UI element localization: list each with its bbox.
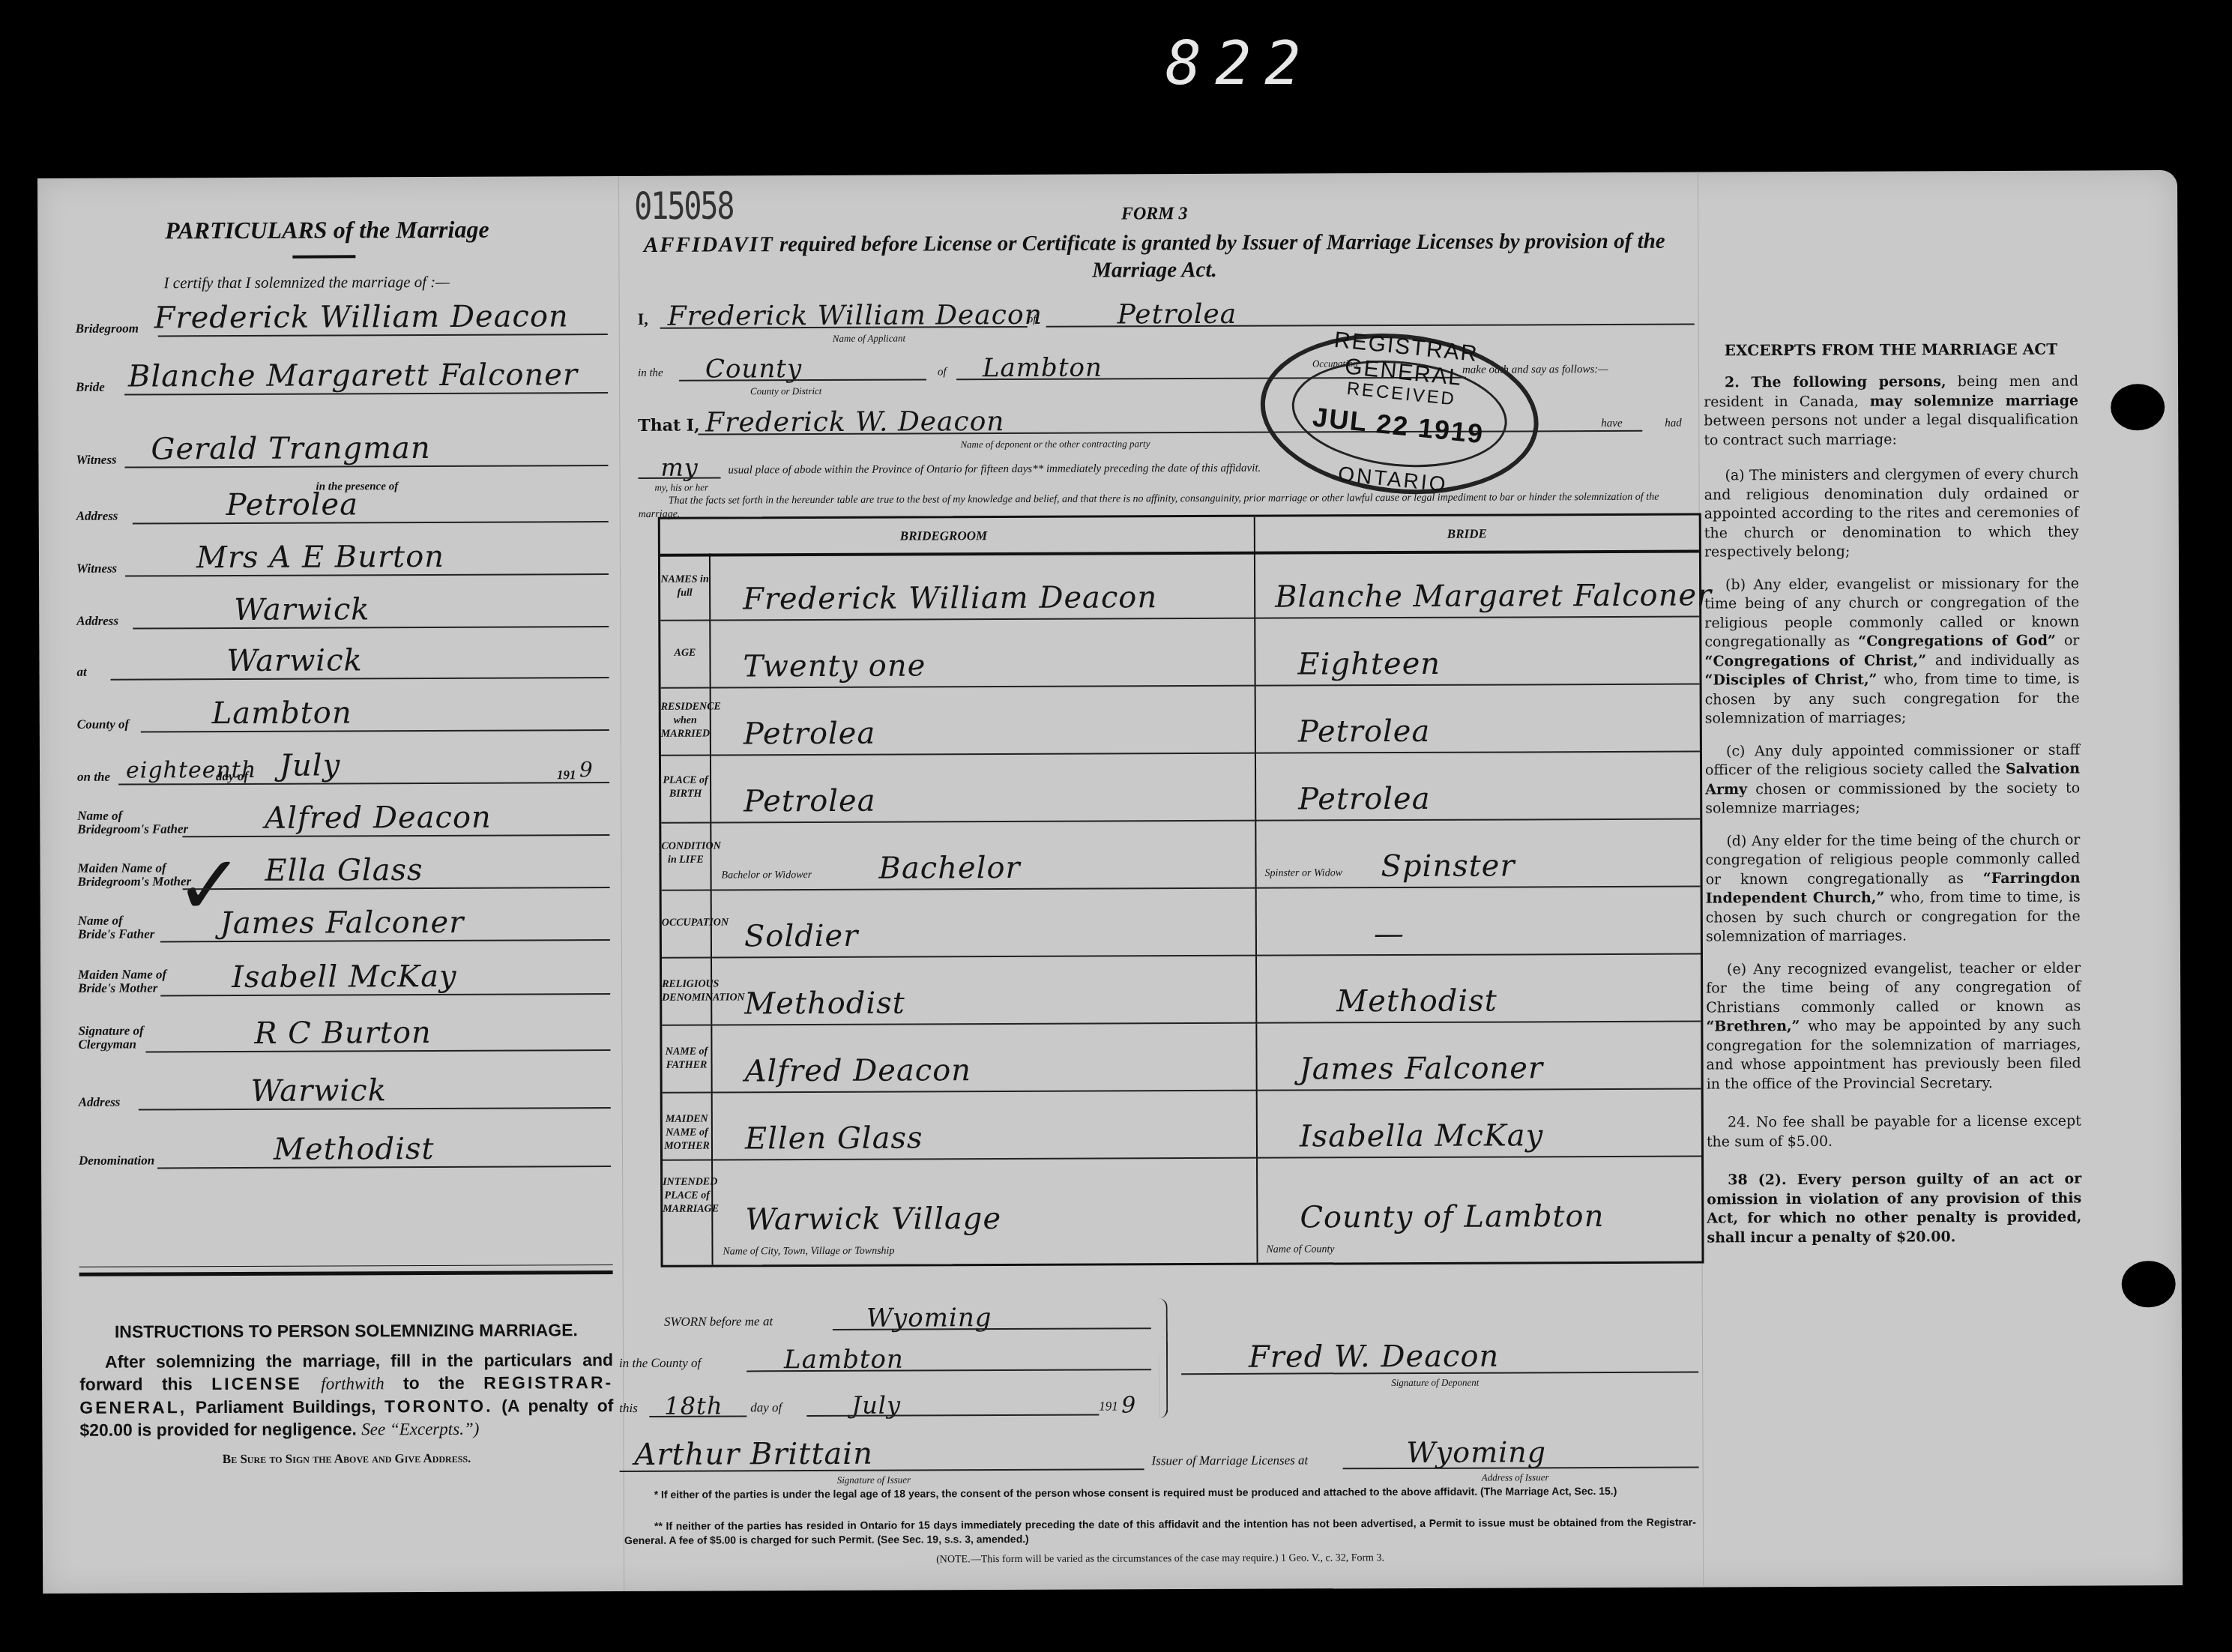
field-label: Witness [76, 453, 116, 467]
on-the-label: on the [77, 771, 110, 784]
section-rule-thin [79, 1264, 613, 1267]
bridegroom-value: Frederick William Deacon [154, 299, 569, 335]
excerpt-section-38: 38 (2). Every person guilty of an act or… [1707, 1170, 2081, 1248]
bride-value: Blanche Margarett Falconer [128, 358, 578, 394]
bride-father-value: James Falconer [220, 905, 465, 941]
issuer-line: Arthur Brittain Signature of Issuer Issu… [619, 1428, 1698, 1477]
field-address-2: Address Warwick [69, 588, 609, 636]
field-label: Name ofBride's Father [78, 914, 155, 941]
header-bride: BRIDE [1447, 527, 1487, 542]
abode-line: my usual place of abode within the Provi… [638, 441, 1695, 482]
day-of-label: day of [216, 770, 248, 783]
field-groom-father: Name ofBridegroom's Father Alfred Deacon [70, 797, 609, 844]
issuer-signature: Arthur Brittain [634, 1437, 872, 1472]
field-address-1: Address Petrolea [69, 483, 609, 531]
field-line [183, 887, 610, 890]
field-date: on the eighteenth day of July 191 9 [70, 744, 609, 792]
table-row: OCCUPATION Soldier — [662, 887, 1701, 958]
field-line [157, 1166, 611, 1169]
year-digit: 9 [579, 757, 594, 782]
table-row: INTENDED PLACE of MARRIAGE Warwick Villa… [663, 1157, 1702, 1262]
field-line [141, 729, 609, 732]
instructions-title: INSTRUCTIONS TO PERSON SOLEMNIZING MARRI… [79, 1319, 613, 1343]
section-rule-thick [79, 1270, 613, 1276]
field-label: Address [76, 510, 118, 523]
witness-2-value: Mrs A E Burton [196, 540, 444, 575]
address-2-value: Warwick [234, 592, 370, 627]
marriage-form-paper: PARTICULARS of the Marriage I certify th… [37, 170, 2183, 1594]
month-value: July [280, 748, 340, 783]
field-label: Bride [76, 381, 105, 394]
issuer-address: Wyoming [1406, 1435, 1546, 1469]
field-line [639, 477, 721, 479]
field-groom-mother: Maiden Name ofBridegroom's Mother Ella G… [70, 849, 609, 896]
sign-reminder: Be Sure to Sign the Above and Give Addre… [80, 1450, 614, 1468]
sworn-county-line: in the County of Lambton [619, 1336, 1151, 1375]
field-at: at Warwick [69, 639, 609, 687]
field-line [649, 1415, 746, 1417]
field-label: Denomination [79, 1154, 154, 1167]
field-line [806, 1414, 1099, 1417]
table-row: PLACE of BIRTH Petrolea Petrolea [661, 752, 1700, 823]
field-line [1343, 1467, 1699, 1470]
field-county: County of Lambton [70, 692, 609, 739]
denomination-value: Methodist [274, 1132, 435, 1167]
field-line [139, 1107, 611, 1110]
applicant-line: I, Frederick William Deacon of Petrolea … [638, 283, 1695, 332]
field-line [679, 379, 926, 381]
table-row: NAME of FATHER Alfred Deacon James Falco… [662, 1022, 1701, 1093]
county-value: Lambton [212, 696, 352, 731]
field-line [133, 626, 609, 629]
field-label: Maiden Name ofBride's Mother [78, 968, 166, 995]
header-bridegroom: BRIDEGROOM [900, 528, 987, 543]
punch-hole-bottom [2122, 1261, 2176, 1307]
particulars-table: BRIDEGROOM BRIDE NAMES in full Frederick… [658, 513, 1704, 1267]
field-line [145, 1049, 610, 1052]
footnote-under-age: * If either of the parties is under the … [624, 1484, 1696, 1502]
sworn-date-line: this 18th day of July 191 9 [619, 1381, 1151, 1420]
instructions-block: INSTRUCTIONS TO PERSON SOLEMNIZING MARRI… [79, 1319, 614, 1468]
excerpt-clause-b: (b) Any elder, evangelist or missionary … [1704, 574, 2080, 729]
field-line [182, 834, 609, 837]
field-clergyman-signature: Signature ofClergyman R C Burton [70, 1012, 610, 1059]
punch-hole-top [2111, 384, 2165, 430]
field-label: Address [76, 615, 118, 628]
field-bridegroom: Bridegroom Frederick William Deacon [68, 296, 608, 343]
year-prefix: 191 [557, 768, 576, 782]
table-row: RESIDENCE when MARRIED Petrolea Petrolea [661, 684, 1700, 756]
table-row: NAMES in full Frederick William Deacon B… [660, 549, 1699, 621]
instructions-body: After solemnizing the marriage, fill in … [79, 1348, 613, 1442]
form-number: FORM 3 [615, 202, 1694, 227]
excerpt-section-24: 24. No fee shall be payable for a licens… [1707, 1112, 2081, 1152]
clergyman-address-value: Warwick [251, 1073, 387, 1109]
field-clergyman-address: Address Warwick [71, 1070, 611, 1117]
field-label: Bridegroom [76, 322, 139, 335]
field-label: Signature ofClergyman [78, 1024, 144, 1051]
affidavit-section: 015058 FORM 3 AFFIDAVIT required before … [615, 172, 1699, 1586]
particulars-title: PARTICULARS of the Marriage [165, 216, 489, 245]
field-line [111, 677, 609, 681]
field-line [160, 993, 610, 996]
registrar-received-stamp: REGISTRAR GENERAL RECEIVED JUL 22 1919 O… [1252, 321, 1545, 507]
particulars-section: PARTICULARS of the Marriage I certify th… [67, 176, 612, 1588]
field-label: County of [77, 718, 130, 732]
excerpt-clause-c: (c) Any duly appointed commissioner or s… [1705, 741, 2080, 819]
field-denomination: Denomination Methodist [71, 1128, 611, 1175]
excerpt-clause-a: (a) The ministers and clergymen of every… [1704, 465, 2078, 562]
address-1-value: Petrolea [226, 487, 359, 522]
table-row: AGE Twenty one Eighteen [660, 617, 1699, 688]
footnote-residency: ** If neither of the parties has resided… [624, 1516, 1696, 1548]
excerpt-section-2: 2. The following persons, being men and … [1704, 373, 2078, 450]
deponent-signature: Fred W. Deacon [1249, 1339, 1499, 1375]
table-row: RELIGIOUS DENOMINATION Methodist Methodi… [662, 954, 1701, 1025]
field-label: at [76, 666, 86, 679]
field-bride-mother: Maiden Name ofBride's Mother Isabell McK… [70, 956, 610, 1003]
groom-father-value: Alfred Deacon [265, 801, 492, 836]
groom-mother-value: Ella Glass [265, 853, 423, 888]
field-line [133, 521, 609, 524]
deponent-signature-line: Fred W. Deacon Signature of Deponent [1181, 1319, 1698, 1381]
frame-number: 822 [1165, 28, 1315, 98]
bracket [1159, 1298, 1168, 1418]
field-label: Maiden Name ofBridegroom's Mother [78, 861, 192, 889]
field-witness-1: Witness Gerald Trangman [68, 427, 608, 474]
clergyman-signature-value: R C Burton [254, 1016, 432, 1051]
certify-statement: I certify that I solemnized the marriage… [163, 273, 450, 292]
sworn-place-line: SWORN before me at Wyoming [664, 1294, 1151, 1333]
field-witness-2: Witness Mrs A E Burton [69, 536, 609, 583]
field-label: Witness [76, 562, 117, 576]
footnote-note: (NOTE.—This form will be varied as the c… [624, 1550, 1696, 1568]
excerpts-title: EXCERPTS FROM THE MARRIAGE ACT [1704, 340, 2078, 361]
affidavit-title: AFFIDAVIT required before License or Cer… [615, 228, 1694, 286]
field-label: Address [79, 1096, 121, 1109]
table-row: CONDITION in LIFE Bachelor or Widower Ba… [661, 819, 1700, 890]
field-bride: Bride Blanche Margarett Falconer [68, 355, 608, 402]
excerpt-clause-d: (d) Any elder for the time being of the … [1705, 830, 2081, 947]
witness-1-value: Gerald Trangman [151, 431, 430, 466]
sworn-section: SWORN before me at Wyoming in the County… [619, 1267, 1700, 1586]
at-value: Warwick [226, 643, 362, 678]
table-row: MAIDEN NAME of MOTHER Ellen Glass Isabel… [663, 1089, 1701, 1160]
field-label: Name ofBridegroom's Father [77, 809, 188, 836]
title-rule [292, 255, 355, 258]
excerpt-clause-e: (e) Any recognized evangelist, teacher o… [1706, 959, 2081, 1094]
excerpts-section: EXCERPTS FROM THE MARRIAGE ACT 2. The fo… [1703, 171, 2083, 1582]
bride-mother-value: Isabell McKay [232, 959, 457, 995]
field-bride-father: Name ofBride's Father James Falconer [70, 902, 610, 949]
